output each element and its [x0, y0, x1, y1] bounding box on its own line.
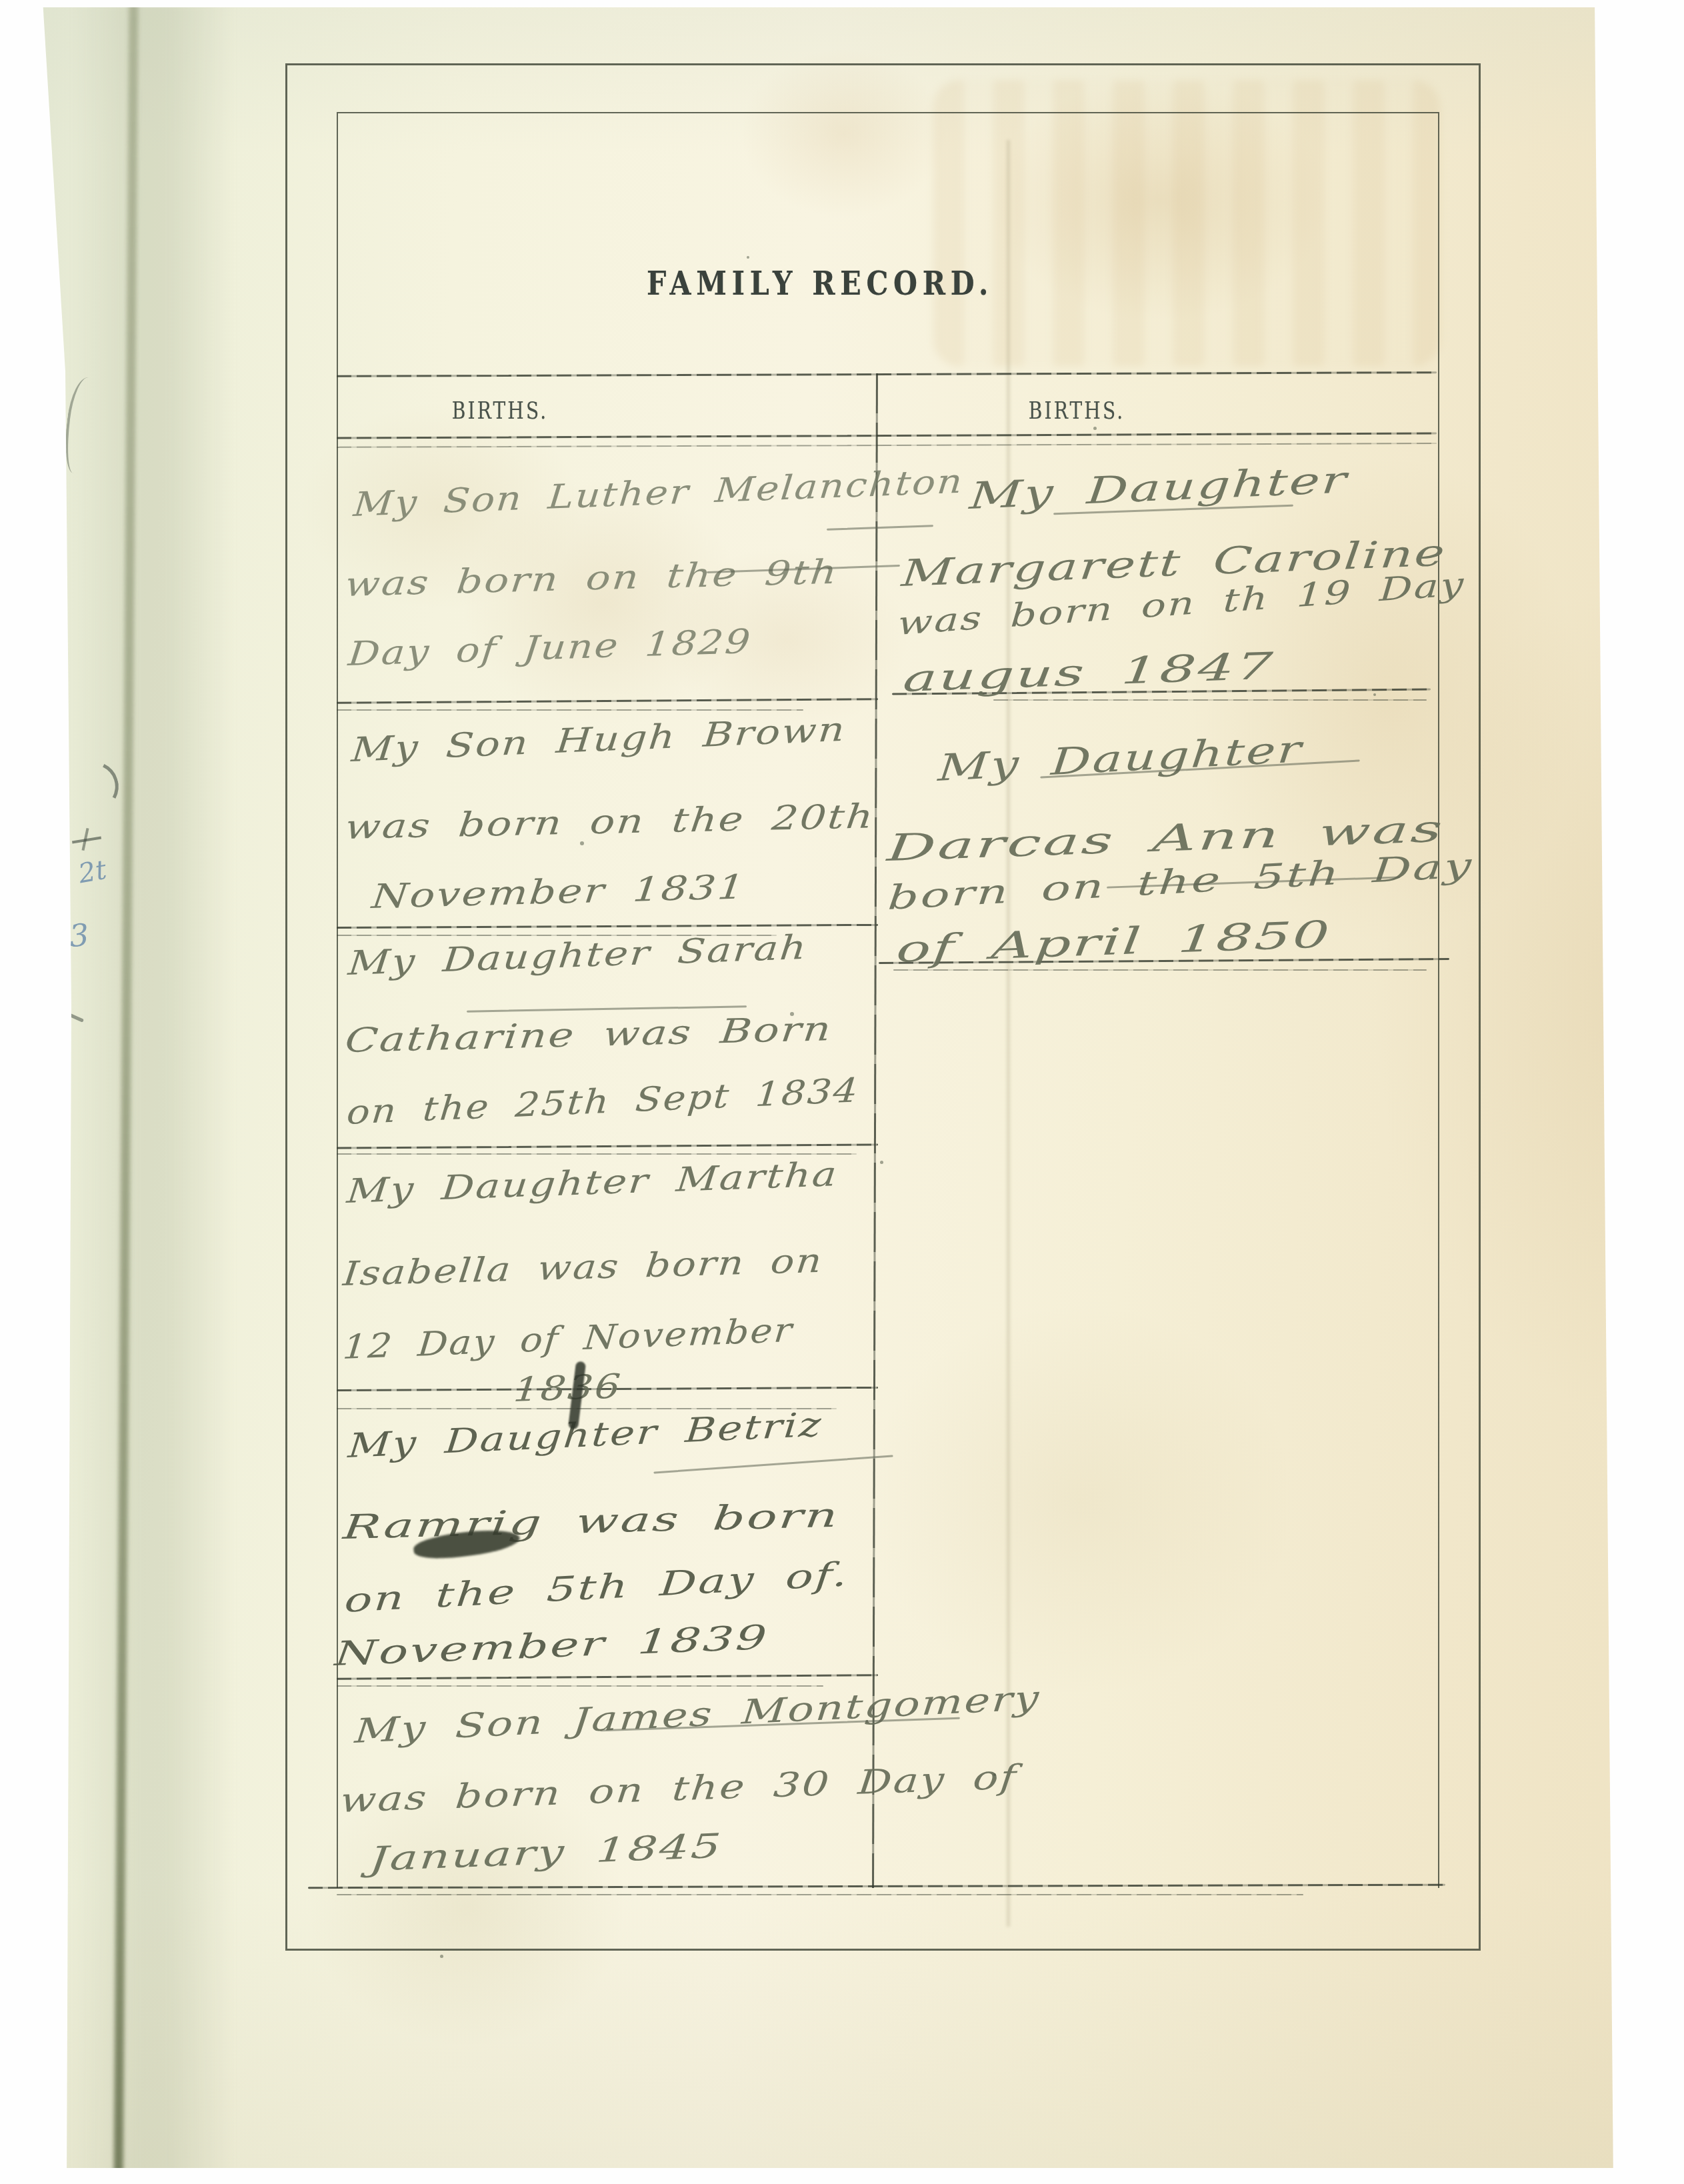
table-rule — [993, 699, 1427, 701]
ink-speck — [440, 1955, 443, 1958]
ink-speck — [790, 1012, 794, 1016]
table-rule — [337, 709, 803, 711]
table-rule — [893, 969, 1427, 971]
binding-shadow — [73, 0, 233, 2184]
inner-frame — [337, 112, 1439, 1888]
blue-ink-annotation: 2t — [76, 855, 109, 890]
page-title: FAMILY RECORD. — [647, 265, 973, 303]
scan-margin-bottom — [0, 2168, 1684, 2184]
table-rule — [337, 1894, 1303, 1895]
blue-ink-annotation: 3 — [68, 917, 91, 954]
table-rule — [337, 1153, 857, 1155]
ink-speck — [580, 841, 584, 845]
scan-margin-top — [0, 0, 1684, 7]
right-column-header: BIRTHS. — [1014, 397, 1139, 425]
scanned-page: FAMILY RECORD. BIRTHS. BIRTHS. My Son Lu… — [0, 0, 1684, 2184]
ink-speck — [993, 1773, 996, 1776]
left-column-header: BIRTHS. — [437, 397, 562, 425]
birth-entry-line: 1836 — [512, 1367, 623, 1409]
ink-speck — [1093, 427, 1097, 430]
table-rule — [337, 1685, 823, 1687]
ink-speck — [880, 1161, 883, 1164]
ink-speck — [747, 256, 749, 259]
ink-speck — [1373, 693, 1376, 696]
